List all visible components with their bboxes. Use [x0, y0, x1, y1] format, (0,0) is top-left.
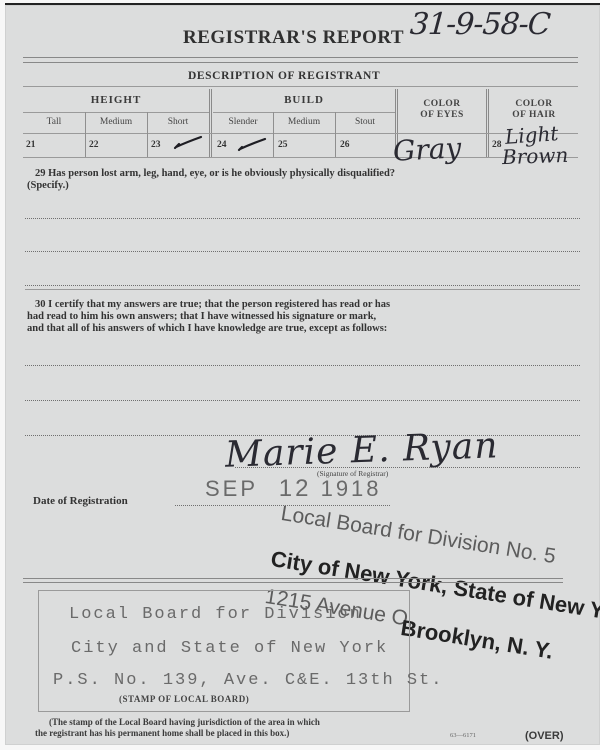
answer-line: [25, 365, 580, 366]
answer-line: [25, 218, 580, 219]
section-divider: [23, 86, 578, 87]
question-29: 29 Has person lost arm, leg, hand, eye, …: [27, 168, 587, 192]
over-label: (OVER): [525, 730, 564, 742]
field-23: 23: [151, 140, 161, 150]
build-header: BUILD: [213, 94, 395, 106]
field-28: 28: [492, 140, 502, 150]
stamp-box-line1: Local Board for Division: [69, 605, 362, 624]
field-26: 26: [340, 140, 350, 150]
question-30: 30 I certify that my answers are true; t…: [27, 299, 587, 335]
footer-note: (The stamp of the Local Board having jur…: [35, 717, 320, 739]
answer-line: [25, 400, 580, 401]
checkmark-icon: [237, 137, 267, 153]
hair-color-value-line2: Brown: [502, 143, 569, 169]
height-header: HEIGHT: [23, 94, 209, 106]
build-stout-label: Stout: [335, 117, 395, 127]
checkmark-icon: [173, 135, 203, 151]
hair-header: COLOR OF HAIR: [490, 99, 578, 121]
page-title: REGISTRAR'S REPORT: [183, 27, 404, 49]
serial-number: 31-9-58-C: [409, 7, 551, 42]
rotated-stamp-line4: Brooklyn, N. Y.: [399, 615, 555, 665]
height-tall-label: Tall: [23, 117, 85, 127]
stamp-box-caption: (STAMP OF LOCAL BOARD): [119, 694, 249, 704]
draft-card-back: REGISTRAR'S REPORT 31-9-58-C DESCRIPTION…: [5, 3, 600, 745]
height-short-label: Short: [147, 117, 209, 127]
eyes-header: COLOR OF EYES: [399, 99, 485, 121]
date-stamp: SEP 12 1918: [205, 475, 382, 503]
description-table: HEIGHT Tall Medium Short 21 22 23 BUILD …: [23, 89, 578, 157]
height-medium-label: Medium: [85, 117, 147, 127]
eye-color-value: Gray: [392, 131, 462, 168]
date-label: Date of Registration: [33, 495, 128, 507]
local-board-stamp-box: Local Board for Division City and State …: [38, 590, 410, 712]
answer-line: [25, 251, 580, 252]
title-divider: [23, 57, 578, 63]
stamp-box-line3: P.S. No. 139, Ave. C&E. 13th St.: [53, 671, 443, 690]
stamp-box-line2: City and State of New York: [71, 639, 388, 658]
field-25: 25: [278, 140, 288, 150]
form-code: 63—6171: [450, 732, 476, 739]
answer-line: [25, 285, 580, 286]
field-21: 21: [26, 140, 36, 150]
build-medium-label: Medium: [273, 117, 335, 127]
field-24: 24: [217, 140, 227, 150]
field-22: 22: [89, 140, 99, 150]
section-title: DESCRIPTION OF REGISTRANT: [188, 70, 380, 82]
build-slender-label: Slender: [213, 117, 273, 127]
